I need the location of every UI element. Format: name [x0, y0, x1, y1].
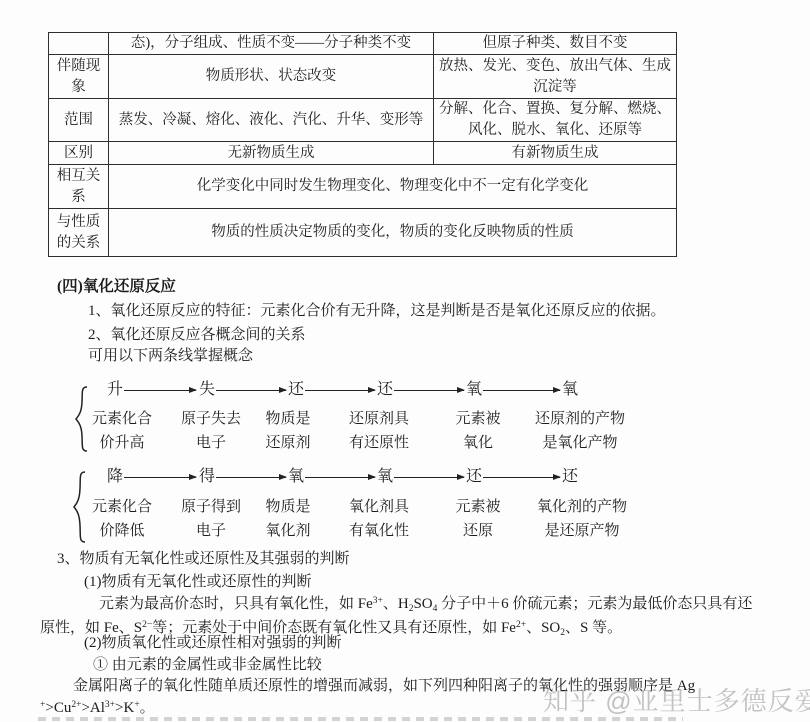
concept-desc: 原子得到电子	[181, 495, 241, 543]
arrow-icon	[305, 477, 375, 478]
chain-word: 失	[199, 381, 215, 398]
concept-desc: 氧化剂的产物是还原产物	[537, 495, 627, 543]
brace-icon	[74, 386, 90, 452]
table-header-cell: 伴随现象	[49, 55, 109, 99]
body-line: (2)物质氧化性或还原性相对强弱的判断	[84, 633, 342, 653]
table-row: 态)，分子组成、性质不变——分子种类不变 但原子种类、数目不变	[49, 33, 677, 55]
arrow-icon	[216, 477, 286, 478]
table-header-cell: 相互关系	[49, 165, 109, 209]
table-cell: 态)，分子组成、性质不变——分子种类不变	[109, 33, 434, 55]
chain-word: 还	[466, 468, 482, 485]
table-row: 与性质的关系 物质的性质决定物质的变化，物质的变化反映物质的性质	[49, 209, 677, 257]
arrow-icon	[216, 390, 286, 391]
arrow-icon	[124, 477, 196, 478]
table-cell: 无新物质生成	[109, 142, 434, 165]
table-row: 伴随现象 物质形状、状态改变 放热、发光、变色、放出气体、生成沉淀等	[49, 55, 677, 99]
concept-diagram-oxidation: 升 失 还 还 氧 氧 元素化合价升高 原子失去电子 物质是还原剂 还原剂具有还…	[0, 380, 720, 456]
concept-desc: 还原剂的产物是氧化产物	[535, 407, 625, 455]
concept-desc: 氧化剂具有氧化性	[349, 495, 409, 543]
brace-icon	[72, 471, 88, 543]
table-row: 相互关系 化学变化中同时发生物理变化、物理变化中不一定有化学变化	[49, 165, 677, 209]
concept-desc: 元素化合价升高	[92, 407, 152, 455]
arrow-icon	[394, 390, 464, 391]
body-line: 元素为最高价态时，只具有氧化性，如 Fe3+、H2SO4 分子中＋6 价硫元素；…	[99, 594, 752, 614]
table-cell: 物质形状、状态改变	[109, 55, 434, 99]
body-line: ① 由元素的金属性或非金属性比较	[93, 655, 322, 675]
table-row: 范围 蒸发、冷凝、熔化、液化、汽化、升华、变形等 分解、化合、置换、复分解、燃烧…	[49, 99, 677, 142]
table-header-cell: 与性质的关系	[49, 209, 109, 257]
watermark: 知乎 @亚里士多德反爱	[543, 681, 810, 718]
table-header-cell: 范围	[49, 99, 109, 142]
table-cell: 但原子种类、数目不变	[434, 33, 677, 55]
arrow-icon	[305, 390, 375, 391]
table-cell: 化学变化中同时发生物理变化、物理变化中不一定有化学变化	[109, 165, 677, 209]
table-header-cell: 区别	[49, 142, 109, 165]
arrow-icon	[394, 477, 464, 478]
chain-word: 升	[107, 381, 123, 398]
chain-word: 氧	[562, 381, 578, 398]
chain-word: 氧	[377, 468, 393, 485]
body-line: +>Cu2+>Al3+>K+。	[40, 698, 155, 718]
concept-desc: 原子失去电子	[181, 407, 241, 455]
body-line: 可用以下两条线掌握概念	[88, 346, 253, 366]
concept-desc: 还原剂具有还原性	[349, 407, 409, 455]
concept-desc: 物质是还原剂	[265, 407, 310, 455]
chain-word: 氧	[288, 468, 304, 485]
chain-word: 还	[377, 381, 393, 398]
table-cell: 分解、化合、置换、复分解、燃烧、风化、脱水、氧化、还原等	[434, 99, 677, 142]
physical-chemical-change-table: 态)，分子组成、性质不变——分子种类不变 但原子种类、数目不变 伴随现象 物质形…	[48, 32, 677, 257]
table-cell: 蒸发、冷凝、熔化、液化、汽化、升华、变形等	[109, 99, 434, 142]
arrow-icon	[483, 390, 560, 391]
body-line: 1、氧化还原反应的特征：元素化合价有无升降，这是判断是否是氧化还原反应的依据。	[88, 301, 666, 321]
chain-word: 氧	[466, 381, 482, 398]
table-row: 区别 无新物质生成 有新物质生成	[49, 142, 677, 165]
table-header-cell	[49, 33, 109, 55]
concept-desc: 元素化合价降低	[92, 495, 152, 543]
concept-diagram-reduction: 降 得 氧 氧 还 还 元素化合价降低 原子得到电子 物质是氧化剂 氧化剂具有氧…	[0, 466, 720, 544]
body-line: (1)物质有无氧化性或还原性的判断	[84, 572, 312, 592]
document-page: 态)，分子组成、性质不变——分子种类不变 但原子种类、数目不变 伴随现象 物质形…	[0, 0, 810, 722]
body-line: 2、氧化还原反应各概念间的关系	[88, 325, 306, 345]
concept-desc: 元素被还原	[455, 495, 500, 543]
chain-word: 降	[107, 468, 123, 485]
concept-desc: 元素被氧化	[455, 407, 500, 455]
section-heading: (四)氧化还原反应	[57, 277, 176, 297]
arrow-icon	[483, 477, 560, 478]
chain-word: 还	[288, 381, 304, 398]
chain-word: 得	[199, 468, 215, 485]
section-heading: 3、物质有无氧化性或还原性及其强弱的判断	[57, 549, 350, 569]
arrow-icon	[124, 390, 196, 391]
chain-word: 还	[562, 468, 578, 485]
table-cell: 物质的性质决定物质的变化，物质的变化反映物质的性质	[109, 209, 677, 257]
table-cell: 放热、发光、变色、放出气体、生成沉淀等	[434, 55, 677, 99]
concept-desc: 物质是氧化剂	[265, 495, 310, 543]
table-cell: 有新物质生成	[434, 142, 677, 165]
